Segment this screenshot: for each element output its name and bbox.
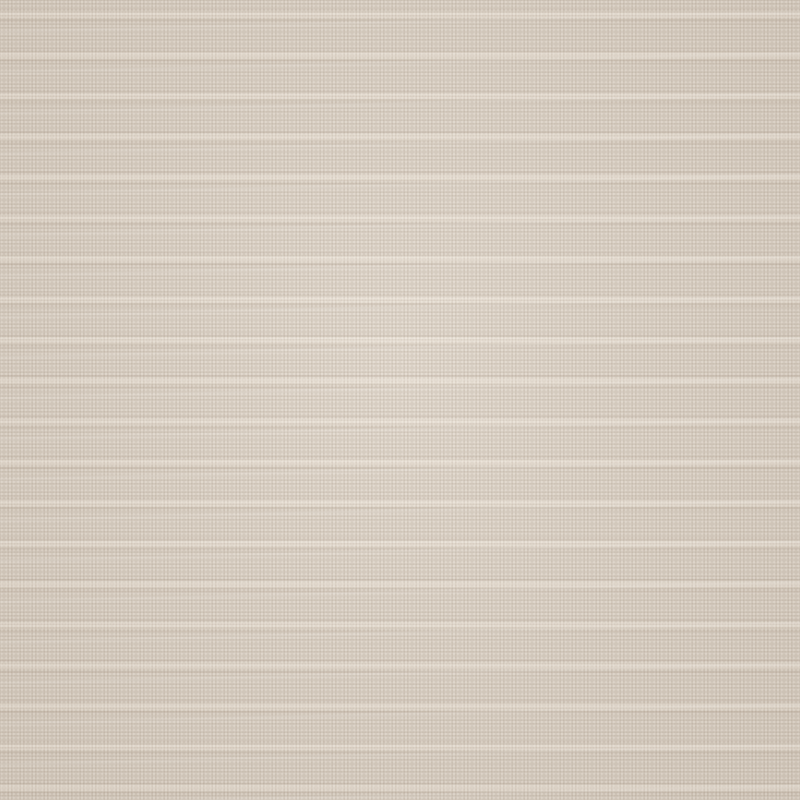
lighting-overlay xyxy=(0,0,800,800)
carpet-texture-photo xyxy=(0,0,800,800)
